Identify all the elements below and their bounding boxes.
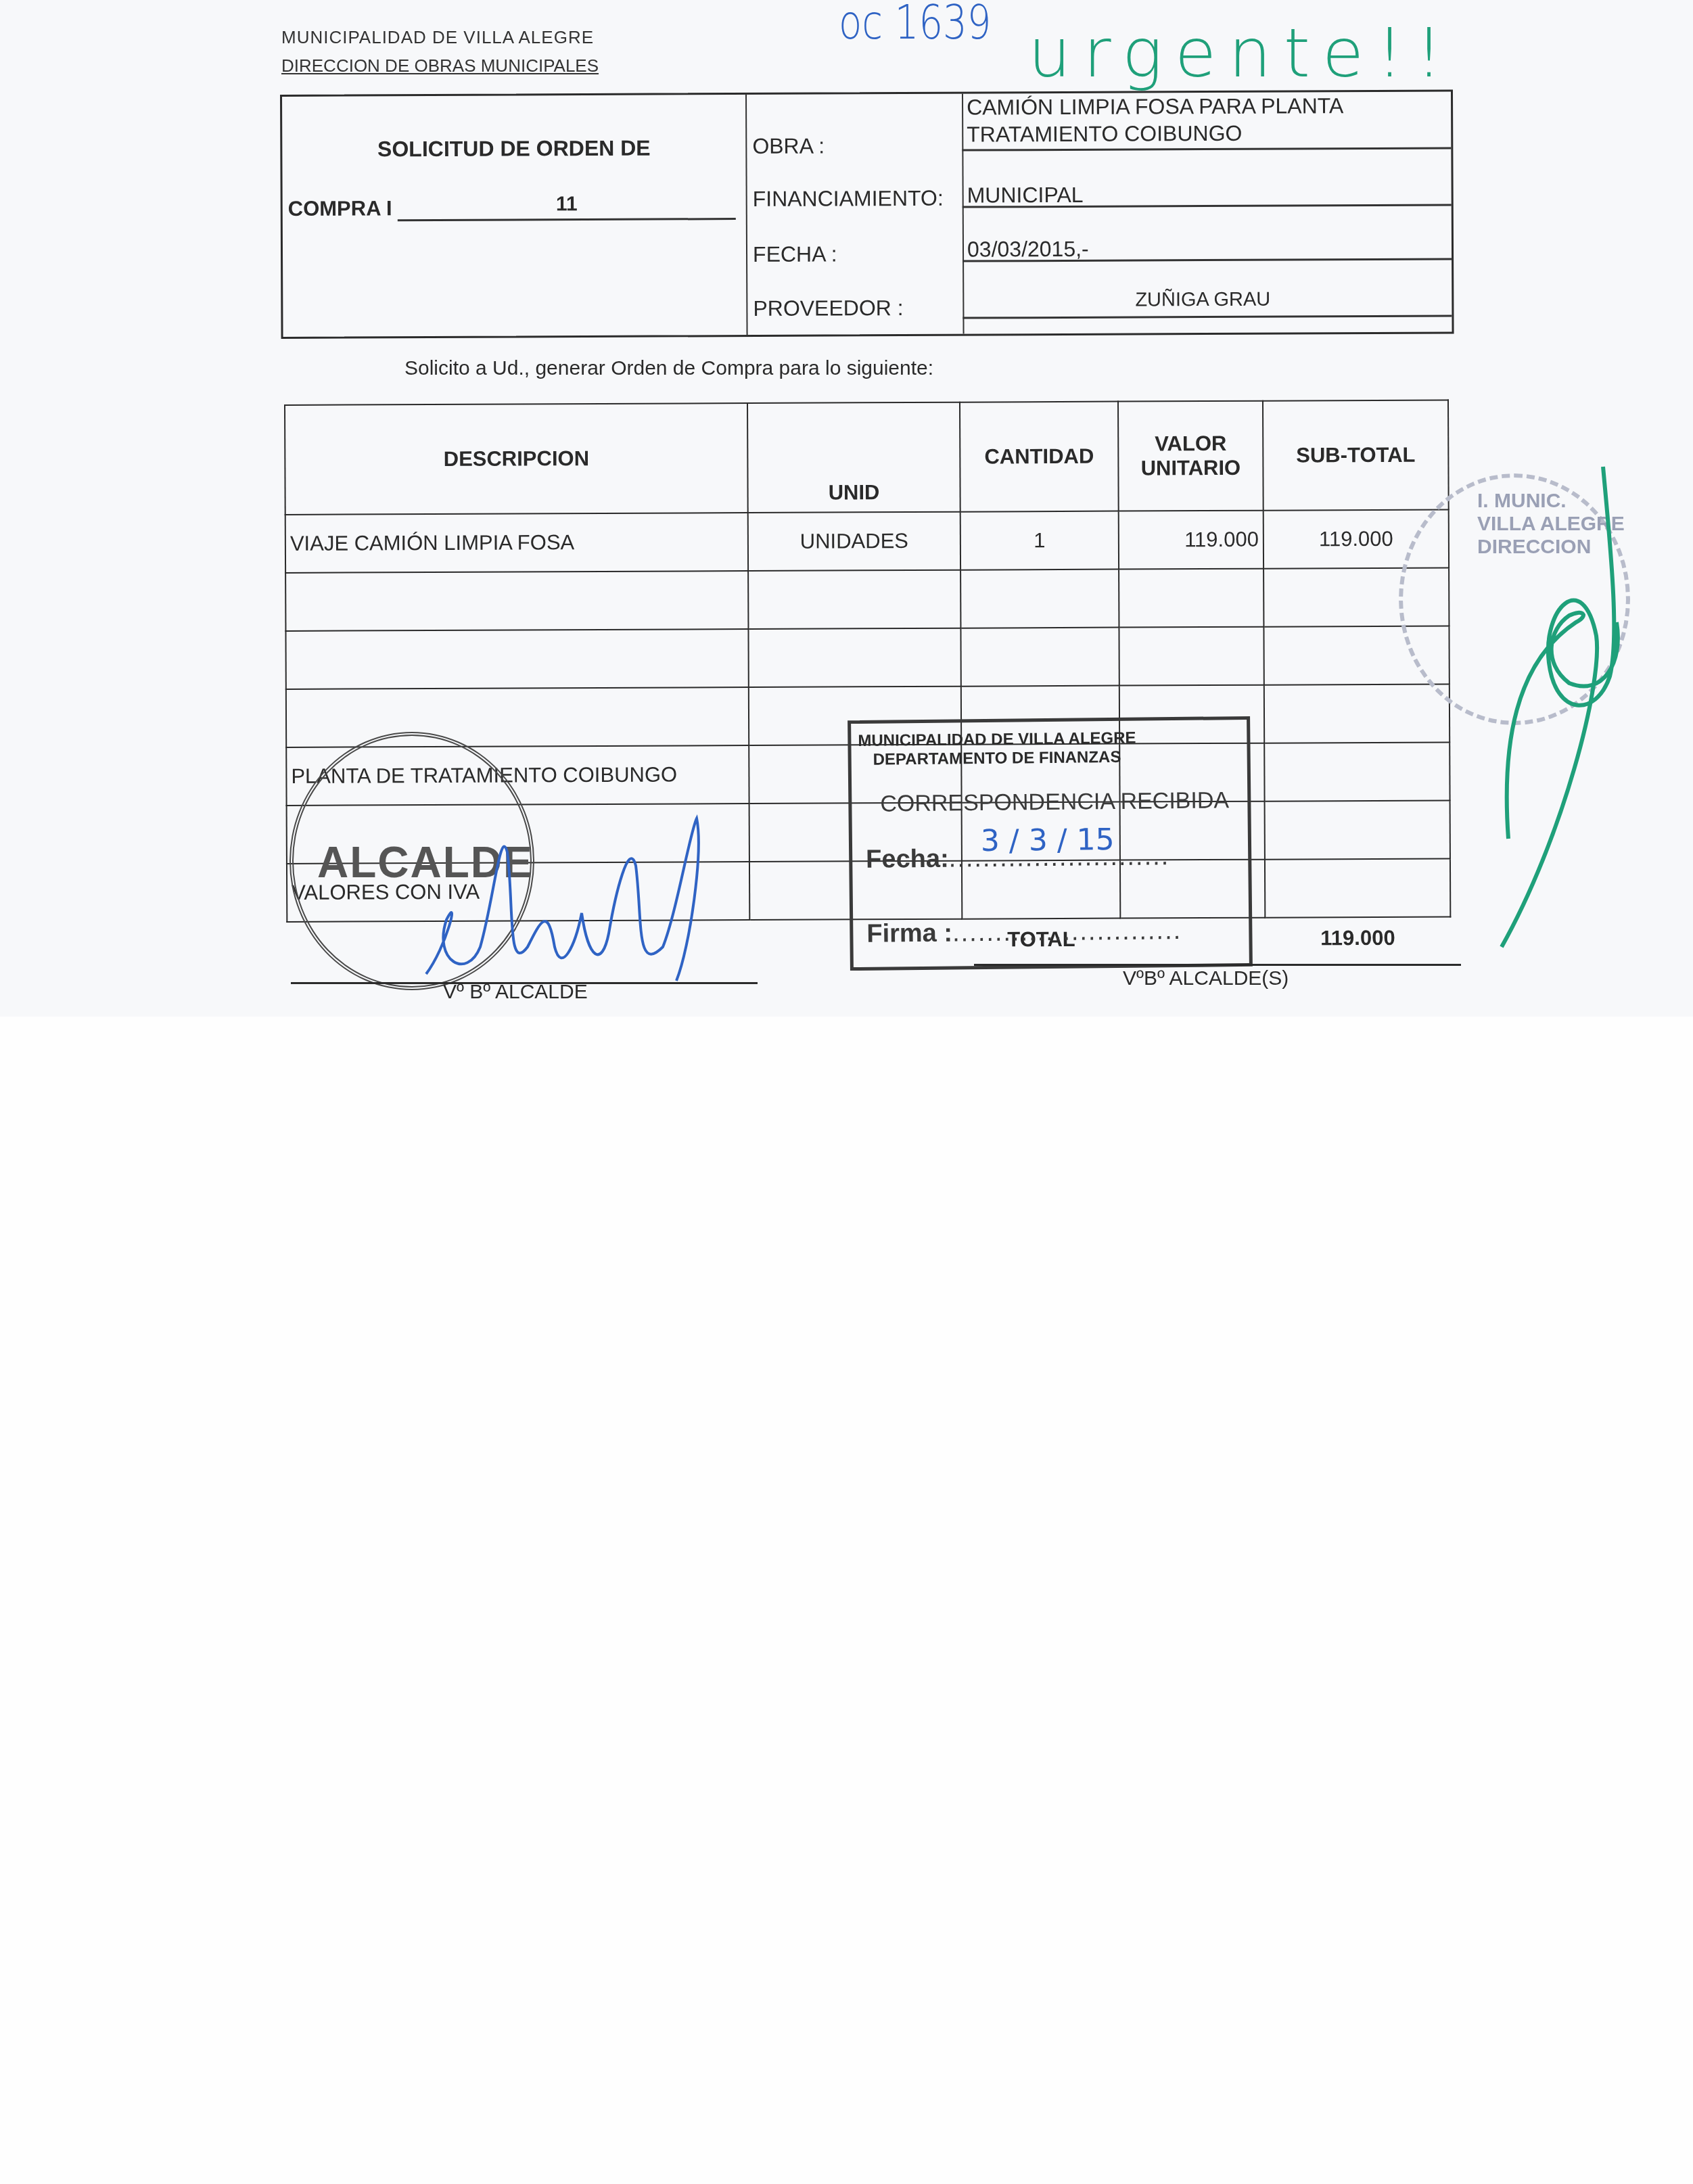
- obra-value-line1: CAMIÓN LIMPIA FOSA PARA PLANTA: [967, 93, 1343, 120]
- department-header: DIRECCION DE OBRAS MUNICIPALES: [281, 55, 599, 76]
- col-descripcion: DESCRIPCION: [285, 403, 748, 515]
- handwritten-oc-number: oc 1639: [839, 0, 991, 50]
- signature-line-right: [974, 964, 1461, 966]
- handwritten-urgent-note: urgente!!: [1028, 14, 1455, 93]
- col-subtotal: SUB-TOTAL: [1263, 400, 1449, 510]
- request-title-cell: SOLICITUD DE ORDEN DE COMPRA I 11: [282, 95, 748, 337]
- finance-received-stamp: MUNICIPALIDAD DE VILLA ALEGRE DEPARTAMEN…: [848, 716, 1253, 971]
- cell-cantidad: 1: [960, 511, 1119, 570]
- stamp-fecha-label: Fecha:: [866, 845, 949, 874]
- intro-text: Solicito a Ud., generar Orden de Compra …: [404, 357, 933, 380]
- cell-subtotal: [1264, 684, 1450, 743]
- col-valor-unitario: VALOR UNITARIO: [1118, 401, 1263, 511]
- cell-descripcion: VIAJE CAMIÓN LIMPIA FOSA: [285, 513, 748, 573]
- stamp-department: DEPARTAMENTO DE FINANZAS: [873, 748, 1121, 770]
- cell-unid: UNIDADES: [748, 512, 960, 571]
- request-number: 11: [398, 192, 736, 221]
- cell-subtotal: [1264, 742, 1450, 801]
- fecha-label: FECHA :: [753, 241, 837, 267]
- obra-value-line2: TRATAMIENTO COIBUNGO: [967, 121, 1242, 147]
- handwritten-received-date: 3 / 3 / 15: [981, 822, 1115, 858]
- stamp-municipality: MUNICIPALIDAD DE VILLA ALEGRE: [858, 729, 1136, 751]
- table-header-row: DESCRIPCION UNID CANTIDAD VALOR UNITARIO…: [285, 400, 1449, 515]
- request-title: SOLICITUD DE ORDEN DE: [282, 135, 745, 162]
- stamp-firma: Firma :...........................: [866, 916, 1182, 949]
- col-cantidad: CANTIDAD: [960, 402, 1119, 512]
- green-signature: [1475, 460, 1637, 960]
- signature-label-left: Vº Bº ALCALDE: [443, 981, 588, 1004]
- table-row: [285, 626, 1449, 689]
- cell-unid: [748, 628, 960, 687]
- signature-label-right: VºBº ALCALDE(S): [1123, 967, 1289, 990]
- cell-valor-unitario: 119.000: [1119, 511, 1263, 570]
- request-box: SOLICITUD DE ORDEN DE COMPRA I 11 OBRA :…: [280, 89, 1454, 339]
- proveedor-label: PROVEEDOR :: [753, 296, 903, 321]
- cell-subtotal: [1265, 800, 1450, 859]
- cell-unid: [748, 570, 960, 629]
- cell-descripcion: [285, 629, 748, 689]
- col-unid: UNID: [747, 402, 960, 513]
- obra-label: OBRA :: [752, 133, 825, 158]
- mayor-signature: [406, 812, 785, 1008]
- proveedor-value: ZUÑIGA GRAU: [1135, 289, 1270, 312]
- financiamiento-value: MUNICIPAL: [967, 183, 1084, 208]
- cell-descripcion: [286, 687, 749, 747]
- cell-valor-unitario: [1119, 627, 1263, 686]
- divider: [962, 147, 1451, 151]
- stamp-status: CORRESPONDENCIA RECIBIDA: [880, 787, 1229, 817]
- request-title-compra: COMPRA I: [288, 196, 392, 221]
- total-value: 119.000: [1265, 916, 1450, 958]
- cell-cantidad: [960, 628, 1119, 687]
- divider: [962, 94, 965, 334]
- cell-valor-unitario: [1119, 569, 1263, 628]
- cell-cantidad: [960, 570, 1119, 628]
- cell-descripcion: [285, 571, 748, 631]
- divider: [963, 315, 1452, 319]
- table-row: [285, 567, 1449, 631]
- stamp-firma-label: Firma :: [866, 919, 952, 948]
- municipality-header: MUNICIPALIDAD DE VILLA ALEGRE: [281, 27, 594, 48]
- financiamiento-label: FINANCIAMIENTO:: [753, 186, 944, 212]
- fecha-value: 03/03/2015,-: [967, 237, 1089, 262]
- table-row: VIAJE CAMIÓN LIMPIA FOSAUNIDADES1119.000…: [285, 509, 1449, 573]
- cell-subtotal: [1265, 858, 1450, 917]
